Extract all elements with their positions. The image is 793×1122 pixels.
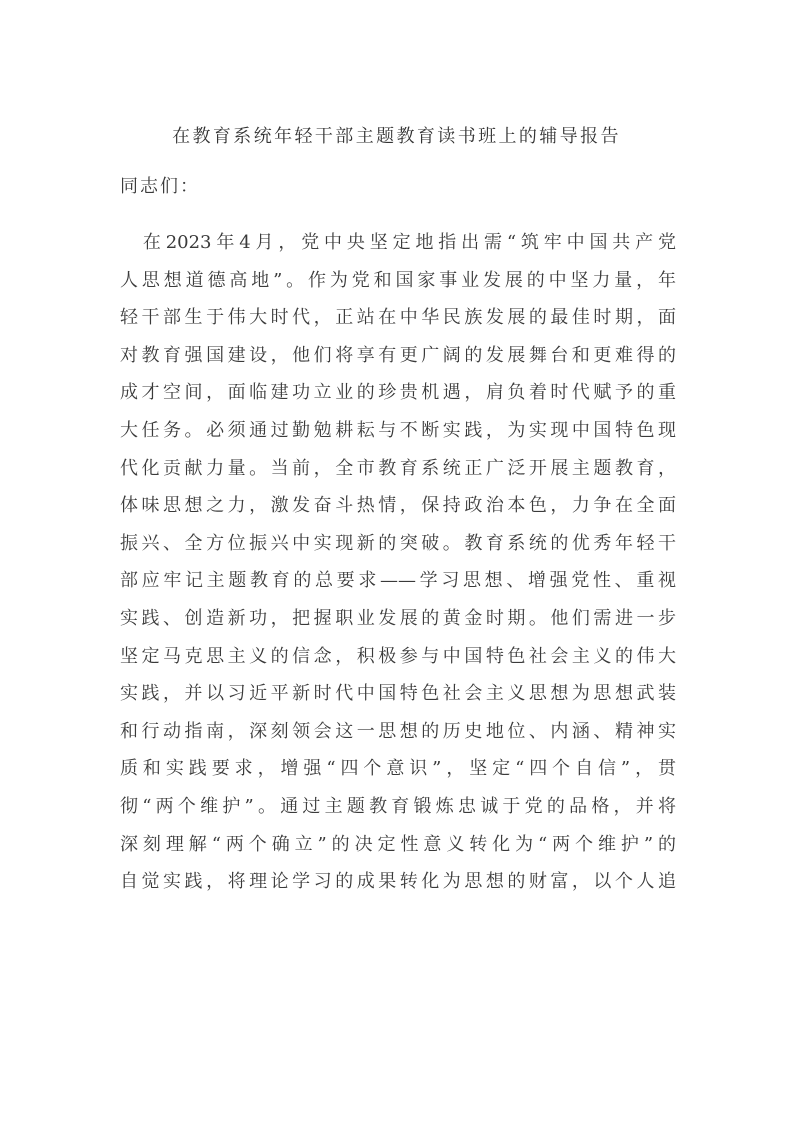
body-line: 坚定马克思主义的信念，积极参与中国特色社会主义的伟大 bbox=[120, 644, 676, 682]
body-line: 代化贡献力量。当前，全市教育系统正广泛开展主题教育， bbox=[120, 456, 676, 494]
body-line: 对教育强国建设，他们将享有更广阔的发展舞台和更难得的 bbox=[120, 343, 676, 381]
document-page: 在教育系统年轻干部主题教育读书班上的辅导报告 同志们： 在2023年4月，党中央… bbox=[0, 0, 793, 1122]
body-line: 深刻理解“两个确立”的决定性意义转化为“两个维护”的 bbox=[120, 832, 676, 870]
body-line: 和行动指南，深刻领会这一思想的历史地位、内涵、精神实 bbox=[120, 719, 676, 757]
body-line: 成才空间，面临建功立业的珍贵机遇，肩负着时代赋予的重 bbox=[120, 380, 676, 418]
body-line: 实践、创造新功，把握职业发展的黄金时期。他们需进一步 bbox=[120, 606, 676, 644]
body-line: 部应牢记主题教育的总要求——学习思想、增强党性、重视 bbox=[120, 568, 676, 606]
body-line: 质和实践要求，增强“四个意识”，坚定“四个自信”，贯 bbox=[120, 756, 676, 794]
salutation: 同志们： bbox=[120, 174, 200, 200]
body-line: 大任务。必须通过勤勉耕耘与不断实践，为实现中国特色现 bbox=[120, 418, 676, 456]
body-line: 体味思想之力，激发奋斗热情，保持政治本色，力争在全面 bbox=[120, 493, 676, 531]
body-line: 轻干部生于伟大时代，正站在中华民族发展的最佳时期，面 bbox=[120, 305, 676, 343]
body-line: 彻“两个维护”。通过主题教育锻炼忠诚于党的品格，并将 bbox=[120, 794, 676, 832]
body-paragraph: 在2023年4月，党中央坚定地指出需“筑牢中国共产党 人思想道德高地”。作为党和… bbox=[120, 230, 676, 907]
body-line: 自觉实践，将理论学习的成果转化为思想的财富，以个人追 bbox=[120, 869, 676, 907]
body-line: 人思想道德高地”。作为党和国家事业发展的中坚力量，年 bbox=[120, 268, 676, 306]
document-title: 在教育系统年轻干部主题教育读书班上的辅导报告 bbox=[0, 124, 793, 150]
body-line: 在2023年4月，党中央坚定地指出需“筑牢中国共产党 bbox=[120, 230, 676, 268]
body-line: 振兴、全方位振兴中实现新的突破。教育系统的优秀年轻干 bbox=[120, 531, 676, 569]
body-line: 实践，并以习近平新时代中国特色社会主义思想为思想武装 bbox=[120, 681, 676, 719]
